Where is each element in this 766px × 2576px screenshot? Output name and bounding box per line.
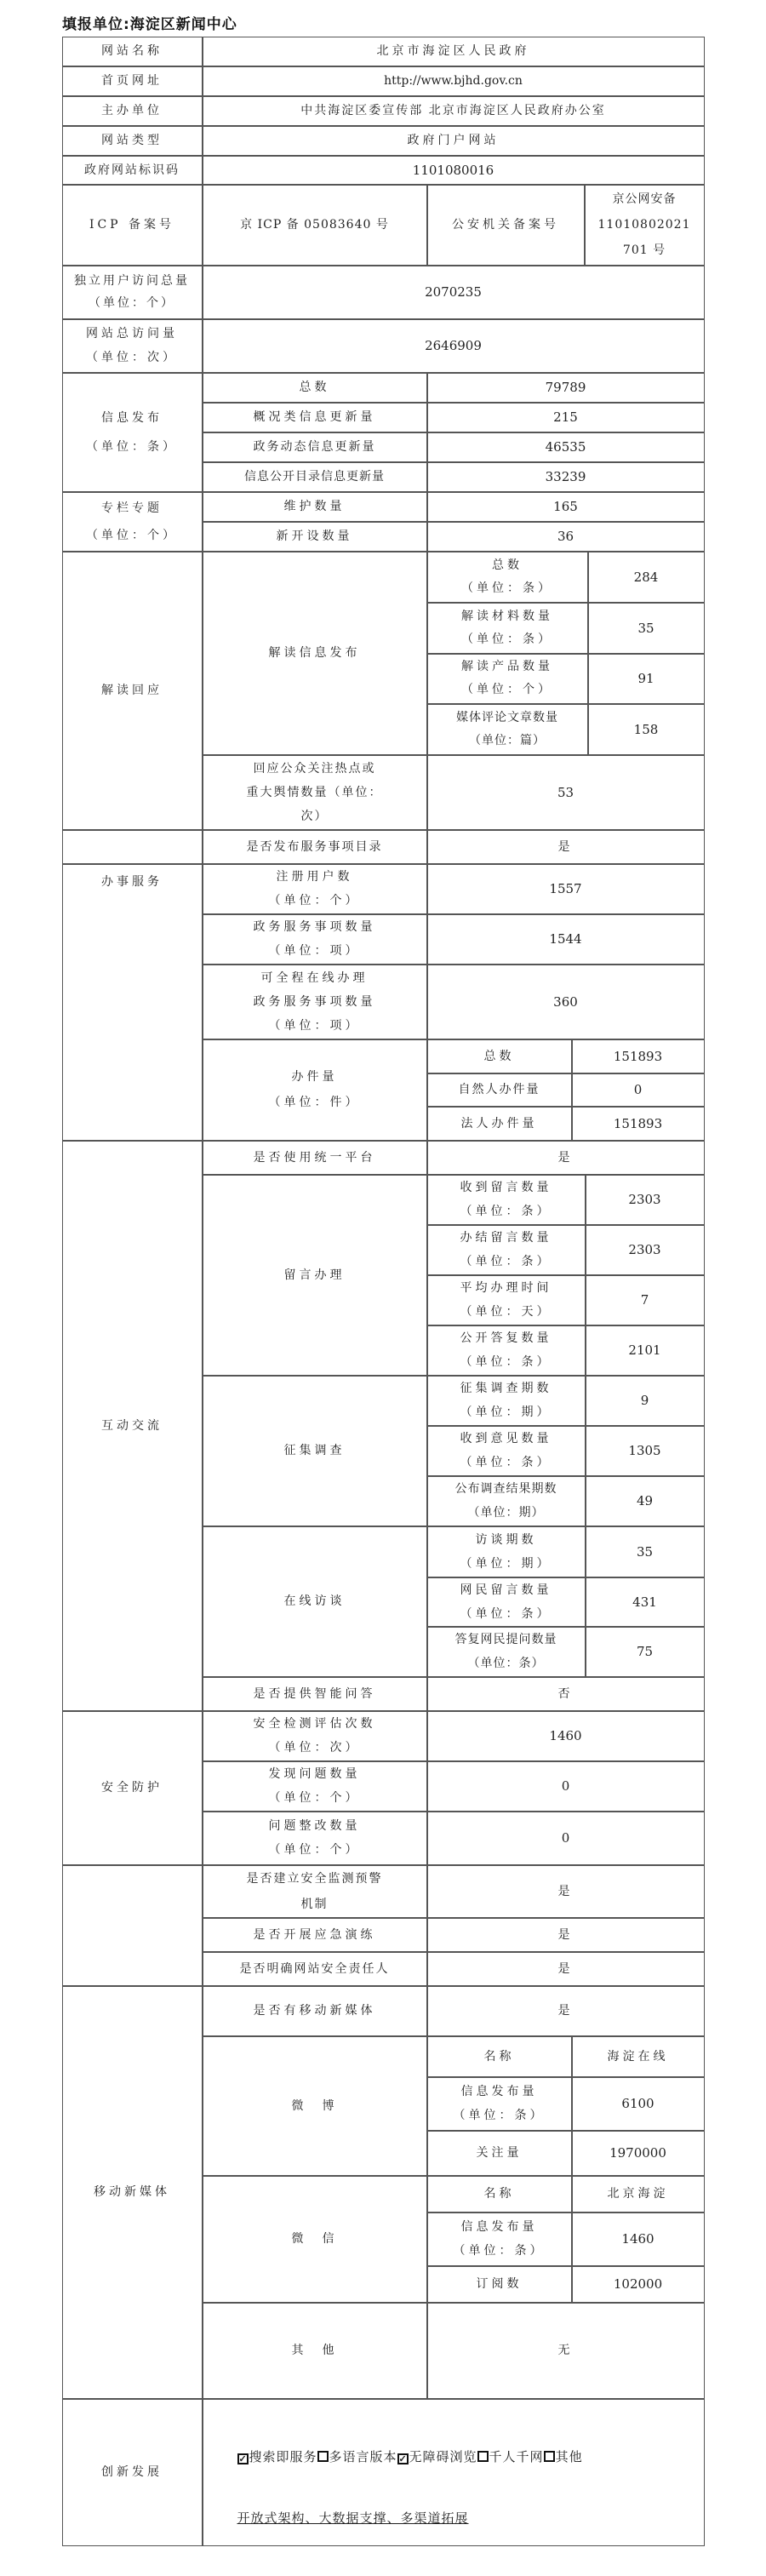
security-extra-value: 是	[427, 1865, 705, 1918]
messages-row-label: 收到留言数量 （单位：条）	[427, 1175, 586, 1225]
columns-row-value: 36	[427, 522, 705, 552]
messages-row-value: 2303	[586, 1225, 705, 1275]
interview-row-value: 35	[586, 1526, 705, 1577]
cases-row-value: 151893	[572, 1107, 705, 1141]
security-row-label: 安全检测评估次数 （单位：次）	[203, 1711, 427, 1761]
checkbox-search-service[interactable]: ✓	[237, 2453, 249, 2464]
interpretation-row-label: 总数 （单位：条）	[427, 552, 588, 603]
messages-row-label: 公开答复数量 （单位：条）	[427, 1325, 586, 1376]
interpretation-row-value: 91	[588, 654, 705, 704]
interpretation-label: 解读回应	[62, 552, 203, 830]
unique-visitors-value: 2070235	[203, 266, 705, 319]
security-extra-label: 是否建立安全监测预警 机制	[203, 1865, 427, 1918]
security-row-label: 发现问题数量 （单位：个）	[203, 1761, 427, 1812]
site-name-value: 北京市海淀区人民政府	[203, 37, 705, 66]
innovation-content: ✓搜索即服务多语言版本✓无障碍浏览千人千网其他 开放式架构、大数据支撑、多渠道拓…	[203, 2399, 705, 2546]
site-id-label: 政府网站标识码	[62, 156, 203, 185]
wechat-row-label: 订阅数	[427, 2266, 572, 2303]
weibo-row-label: 关注量	[427, 2131, 572, 2176]
interpretation-row-value: 284	[588, 552, 705, 603]
interview-row-value: 431	[586, 1577, 705, 1627]
messages-row-label: 平均办理时间 （单位：天）	[427, 1275, 586, 1325]
interview-label: 在线访谈	[203, 1526, 427, 1677]
columns-row-label: 维护数量	[203, 492, 427, 522]
has-mobile-label: 是否有移动新媒体	[203, 1986, 427, 2036]
sponsor-value: 中共海淀区委宣传部 北京市海淀区人民政府办公室	[203, 96, 705, 126]
option-label: 多语言版本	[329, 2449, 397, 2464]
checkbox-other[interactable]	[544, 2451, 555, 2462]
services-label: 办事服务	[62, 864, 203, 1141]
interpretation-row-value: 35	[588, 603, 705, 654]
innovation-other-text: 开放式架构、大数据支撑、多渠道拓展	[237, 2503, 583, 2533]
columns-label: 专栏专题 （单位：个）	[62, 492, 203, 552]
page-views-value: 2646909	[203, 319, 705, 373]
info-publish-label: 信息发布 （单位：条）	[62, 373, 203, 492]
services-row-value: 1544	[427, 914, 705, 965]
security-extra-label: 是否明确网站安全责任人	[203, 1952, 427, 1986]
innovation-label: 创新发展	[62, 2399, 203, 2546]
cases-row-label: 总数	[427, 1039, 572, 1073]
security-label: 安全防护	[62, 1711, 203, 1865]
cases-label: 办件量 （单位：件）	[203, 1039, 427, 1141]
response-label: 回应公众关注热点或 重大舆情数量（单位： 次）	[203, 755, 427, 830]
security-row-value: 0	[427, 1761, 705, 1812]
interpretation-row-label: 媒体评论文章数量 （单位：篇）	[427, 704, 588, 755]
wechat-label: 微 信	[203, 2176, 427, 2303]
sponsor-label: 主办单位	[62, 96, 203, 126]
security-row-value: 0	[427, 1812, 705, 1865]
option-label: 无障碍浏览	[409, 2449, 477, 2464]
wechat-row-value: 北京海淀	[572, 2176, 705, 2212]
interview-row-label: 访谈期数 （单位：期）	[427, 1526, 586, 1577]
services-row-value: 360	[427, 965, 705, 1039]
survey-row-label: 征集调查期数 （单位：期）	[427, 1376, 586, 1426]
info-publish-row-value: 215	[427, 403, 705, 432]
weibo-row-value: 6100	[572, 2077, 705, 2131]
services-row-label: 可全程在线办理 政务服务事项数量 （单位：项）	[203, 965, 427, 1039]
messages-row-value: 2101	[586, 1325, 705, 1376]
police-record-label: 公安机关备案号	[427, 185, 585, 266]
option-label: 搜索即服务	[249, 2449, 317, 2464]
interview-row-label: 网民留言数量 （单位：条）	[427, 1577, 586, 1627]
checkbox-personalized[interactable]	[477, 2451, 489, 2462]
messages-row-label: 办结留言数量 （单位：条）	[427, 1225, 586, 1275]
services-row-label: 政务服务事项数量 （单位：项）	[203, 914, 427, 965]
messages-row-value: 2303	[586, 1175, 705, 1225]
weibo-row-label: 信息发布量 （单位：条）	[427, 2077, 572, 2131]
cases-row-value: 151893	[572, 1039, 705, 1073]
wechat-row-label: 信息发布量 （单位：条）	[427, 2212, 572, 2266]
unique-visitors-label: 独立用户访问总量（单位：个）	[62, 266, 203, 319]
interview-row-value: 75	[586, 1627, 705, 1677]
info-publish-row-label: 信息公开目录信息更新量	[203, 462, 427, 492]
option-label: 其他	[556, 2449, 583, 2464]
survey-row-value: 1305	[586, 1426, 705, 1476]
info-publish-row-label: 概况类信息更新量	[203, 403, 427, 432]
home-url-label: 首页网址	[62, 66, 203, 96]
service-catalog-label: 是否发布服务事项目录	[203, 830, 427, 864]
interpretation-row-label: 解读产品数量 （单位：个）	[427, 654, 588, 704]
unified-platform-value: 是	[427, 1141, 705, 1175]
columns-row-label: 新开设数量	[203, 522, 427, 552]
site-name-label: 网站名称	[62, 37, 203, 66]
has-mobile-value: 是	[427, 1986, 705, 2036]
wechat-row-value: 1460	[572, 2212, 705, 2266]
security-extra-value: 是	[427, 1952, 705, 1986]
security-extra-value: 是	[427, 1918, 705, 1952]
service-catalog-value: 是	[427, 830, 705, 864]
mobile-media-label: 移动新媒体	[62, 1986, 203, 2399]
cases-row-label: 法人办件量	[427, 1107, 572, 1141]
wechat-row-label: 名称	[427, 2176, 572, 2212]
security-extra-label: 是否开展应急演练	[203, 1918, 427, 1952]
interpretation-row-value: 158	[588, 704, 705, 755]
site-type-label: 网站类型	[62, 126, 203, 156]
info-publish-row-value: 46535	[427, 432, 705, 462]
weibo-row-label: 名称	[427, 2036, 572, 2077]
services-row-value: 1557	[427, 864, 705, 914]
services-row-label: 注册用户数 （单位：个）	[203, 864, 427, 914]
report-unit-title: 填报单位:海淀区新闻中心	[62, 12, 237, 33]
interpretation-publish-label: 解读信息发布	[203, 552, 427, 755]
survey-row-label: 公布调查结果期数 （单位：期）	[427, 1476, 586, 1526]
blank-cell	[62, 1865, 203, 1986]
security-row-value: 1460	[427, 1711, 705, 1761]
option-label: 千人千网	[489, 2449, 544, 2464]
police-record-value: 京公网安备 11010802021 701 号	[585, 185, 705, 266]
blank-cell	[62, 830, 203, 864]
home-url-link[interactable]: http://www.bjhd.gov.cn	[203, 66, 705, 96]
info-publish-row-value: 33239	[427, 462, 705, 492]
response-value: 53	[427, 755, 705, 830]
survey-row-value: 49	[586, 1476, 705, 1526]
smart-qa-value: 否	[427, 1677, 705, 1711]
unified-platform-label: 是否使用统一平台	[203, 1141, 427, 1175]
smart-qa-label: 是否提供智能问答	[203, 1677, 427, 1711]
interaction-label: 互动交流	[62, 1141, 203, 1711]
icp-label: ICP 备案号	[62, 185, 203, 266]
security-row-label: 问题整改数量 （单位：个）	[203, 1812, 427, 1865]
icp-value: 京 ICP 备 05083640 号	[203, 185, 427, 266]
interpretation-row-label: 解读材料数量 （单位：条）	[427, 603, 588, 654]
weibo-row-value: 海淀在线	[572, 2036, 705, 2077]
weibo-row-value: 1970000	[572, 2131, 705, 2176]
cases-row-value: 0	[572, 1073, 705, 1107]
site-id-value: 1101080016	[203, 156, 705, 185]
innovation-options: ✓搜索即服务多语言版本✓无障碍浏览千人千网其他	[237, 2411, 583, 2472]
interview-row-label: 答复网民提问数量 （单位：条）	[427, 1627, 586, 1677]
info-publish-row-value: 79789	[427, 373, 705, 403]
survey-row-label: 收到意见数量 （单位：条）	[427, 1426, 586, 1476]
messages-label: 留言办理	[203, 1175, 427, 1376]
columns-row-value: 165	[427, 492, 705, 522]
checkbox-multilingual[interactable]	[317, 2451, 329, 2462]
page-views-label: 网站总访问量 （单位：次）	[62, 319, 203, 373]
checkbox-accessibility[interactable]: ✓	[397, 2453, 409, 2464]
survey-label: 征集调查	[203, 1376, 427, 1526]
survey-row-value: 9	[586, 1376, 705, 1426]
messages-row-value: 7	[586, 1275, 705, 1325]
site-type-value: 政府门户网站	[203, 126, 705, 156]
info-publish-row-label: 政务动态信息更新量	[203, 432, 427, 462]
info-publish-row-label: 总数	[203, 373, 427, 403]
cases-row-label: 自然人办件量	[427, 1073, 572, 1107]
weibo-label: 微 博	[203, 2036, 427, 2176]
wechat-row-value: 102000	[572, 2266, 705, 2303]
